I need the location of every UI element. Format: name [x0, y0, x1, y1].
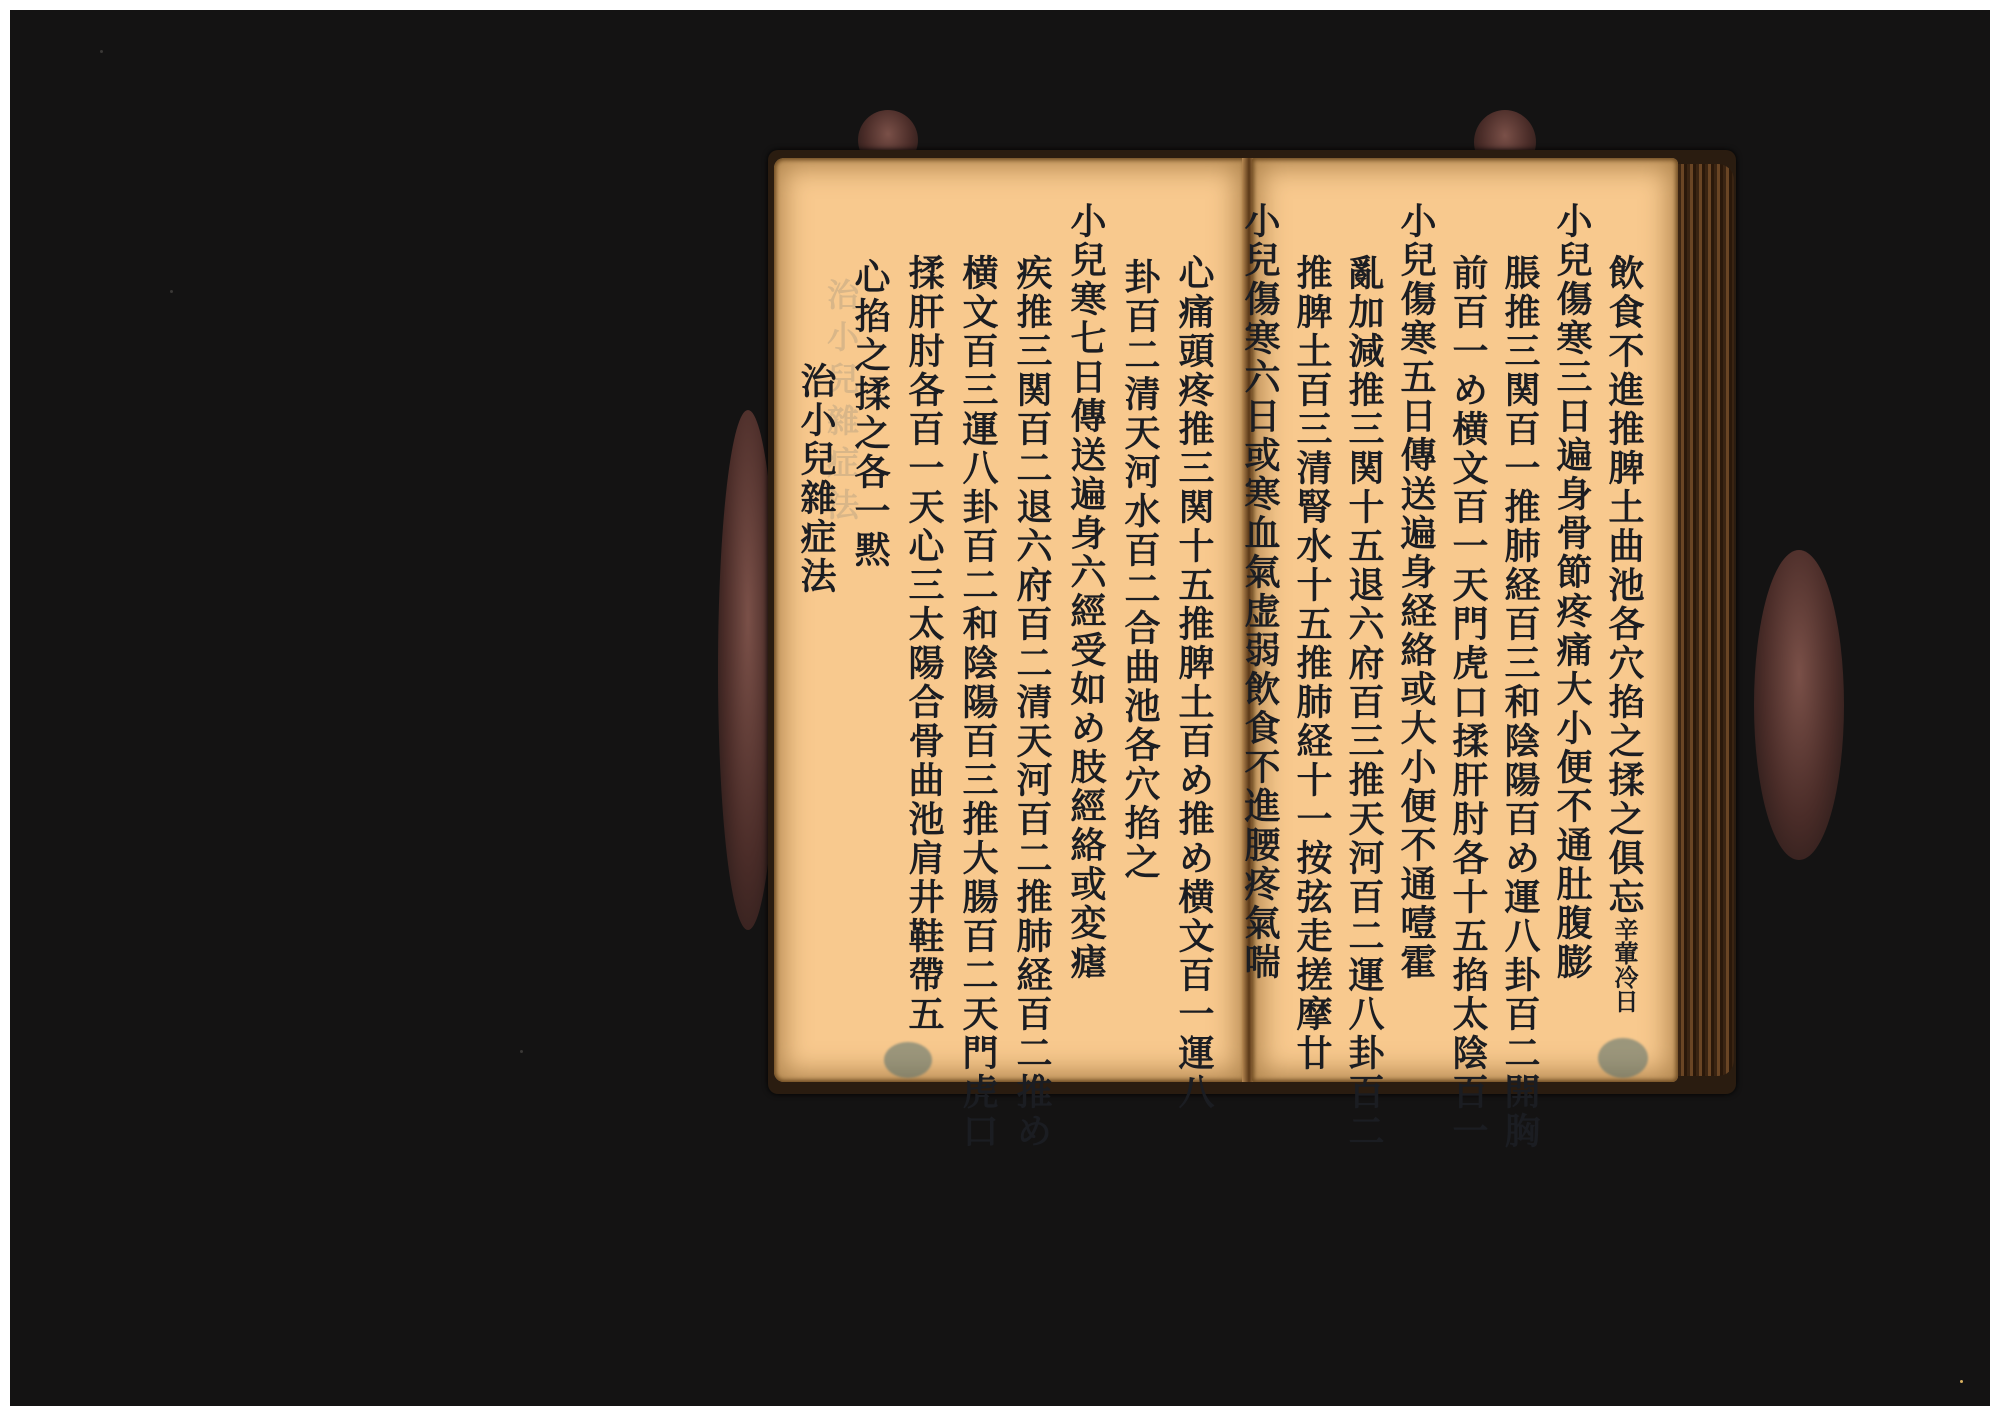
text-column: 小兒傷寒五日傳送遍身経絡或大小便不通噎霍 — [1392, 202, 1440, 1042]
text-column: 飲食不進推脾土曲池各穴掐之揉之俱忘辛葷冷日 — [1600, 202, 1648, 1042]
text-column: 卦百二清天河水百二合曲池各穴掐之 — [1116, 202, 1164, 1042]
left-page-columns: 心痛頭疼推三関十五推脾土百め推め横文百一運八 卦百二清天河水百二合曲池各穴掐之 … — [814, 202, 1218, 1042]
dust-speck — [100, 50, 103, 53]
right-page-columns: 飲食不進推脾土曲池各穴掐之揉之俱忘辛葷冷日 小兒傷寒三日遍身骨節疼痛大小便不通肚… — [1272, 202, 1648, 1042]
text-column: 揉肝肘各百一天心三太陽合骨曲池肩井鞋帶五 — [900, 202, 948, 1042]
column-text: 飲食不進推脾土曲池各穴掐之揉之俱忘 — [1603, 254, 1645, 917]
text-column: 横文百三運八卦百二和陰陽百三推大腸百二天門虎口 — [954, 202, 1002, 1042]
scan-background: 治小兒雜症法 心痛頭疼推三関十五推脾土百め推め横文百一運八 卦百二清天河水百二合… — [10, 10, 1990, 1406]
text-column: 脹推三関百一推肺経百三和陰陽百め運八卦百二開胸 — [1496, 202, 1544, 1042]
text-column: 疾推三関百二退六府百二清天河百二推肺経百二推め — [1008, 202, 1056, 1042]
text-column: 小兒傷寒六日或寒血氣虚弱飲食不進腰疼氣喘 — [1236, 202, 1284, 1042]
left-page: 治小兒雜症法 心痛頭疼推三関十五推脾土百め推め横文百一運八 卦百二清天河水百二合… — [774, 158, 1246, 1082]
dust-speck — [170, 290, 173, 293]
text-column: 前百一め横文百一天門虎口揉肝肘各十五掐太陰百一 — [1444, 202, 1492, 1042]
text-column: 小兒傷寒三日遍身骨節疼痛大小便不通肚腹膨 — [1548, 202, 1596, 1042]
right-page: 飲食不進推脾土曲池各穴掐之揉之俱忘辛葷冷日 小兒傷寒三日遍身骨節疼痛大小便不通肚… — [1252, 158, 1678, 1082]
right-hand — [1754, 550, 1844, 860]
text-column: 小兒寒七日傳送遍身六經受如め肢經絡或変瘧 — [1062, 202, 1110, 1042]
open-book: 治小兒雜症法 心痛頭疼推三関十五推脾土百め推め横文百一運八 卦百二清天河水百二合… — [768, 150, 1736, 1094]
water-stain — [884, 1042, 932, 1078]
text-column: 心痛頭疼推三関十五推脾土百め推め横文百一運八 — [1170, 202, 1218, 1042]
margin-note: 辛葷冷日 — [1610, 917, 1639, 1013]
section-heading: 治小兒雜症法 — [792, 202, 840, 1042]
text-column: 推脾土百三清腎水十五推肺経十一按弦走搓摩廿 — [1288, 202, 1336, 1042]
text-column: 心掐之揉之各一黙 — [846, 202, 894, 1042]
water-stain — [1598, 1038, 1648, 1078]
dust-speck — [1960, 1380, 1963, 1383]
dust-speck — [520, 1050, 523, 1053]
text-column: 亂加減推三関十五退六府百三推天河百二運八卦百二 — [1340, 202, 1388, 1042]
page-edges — [1678, 164, 1734, 1076]
